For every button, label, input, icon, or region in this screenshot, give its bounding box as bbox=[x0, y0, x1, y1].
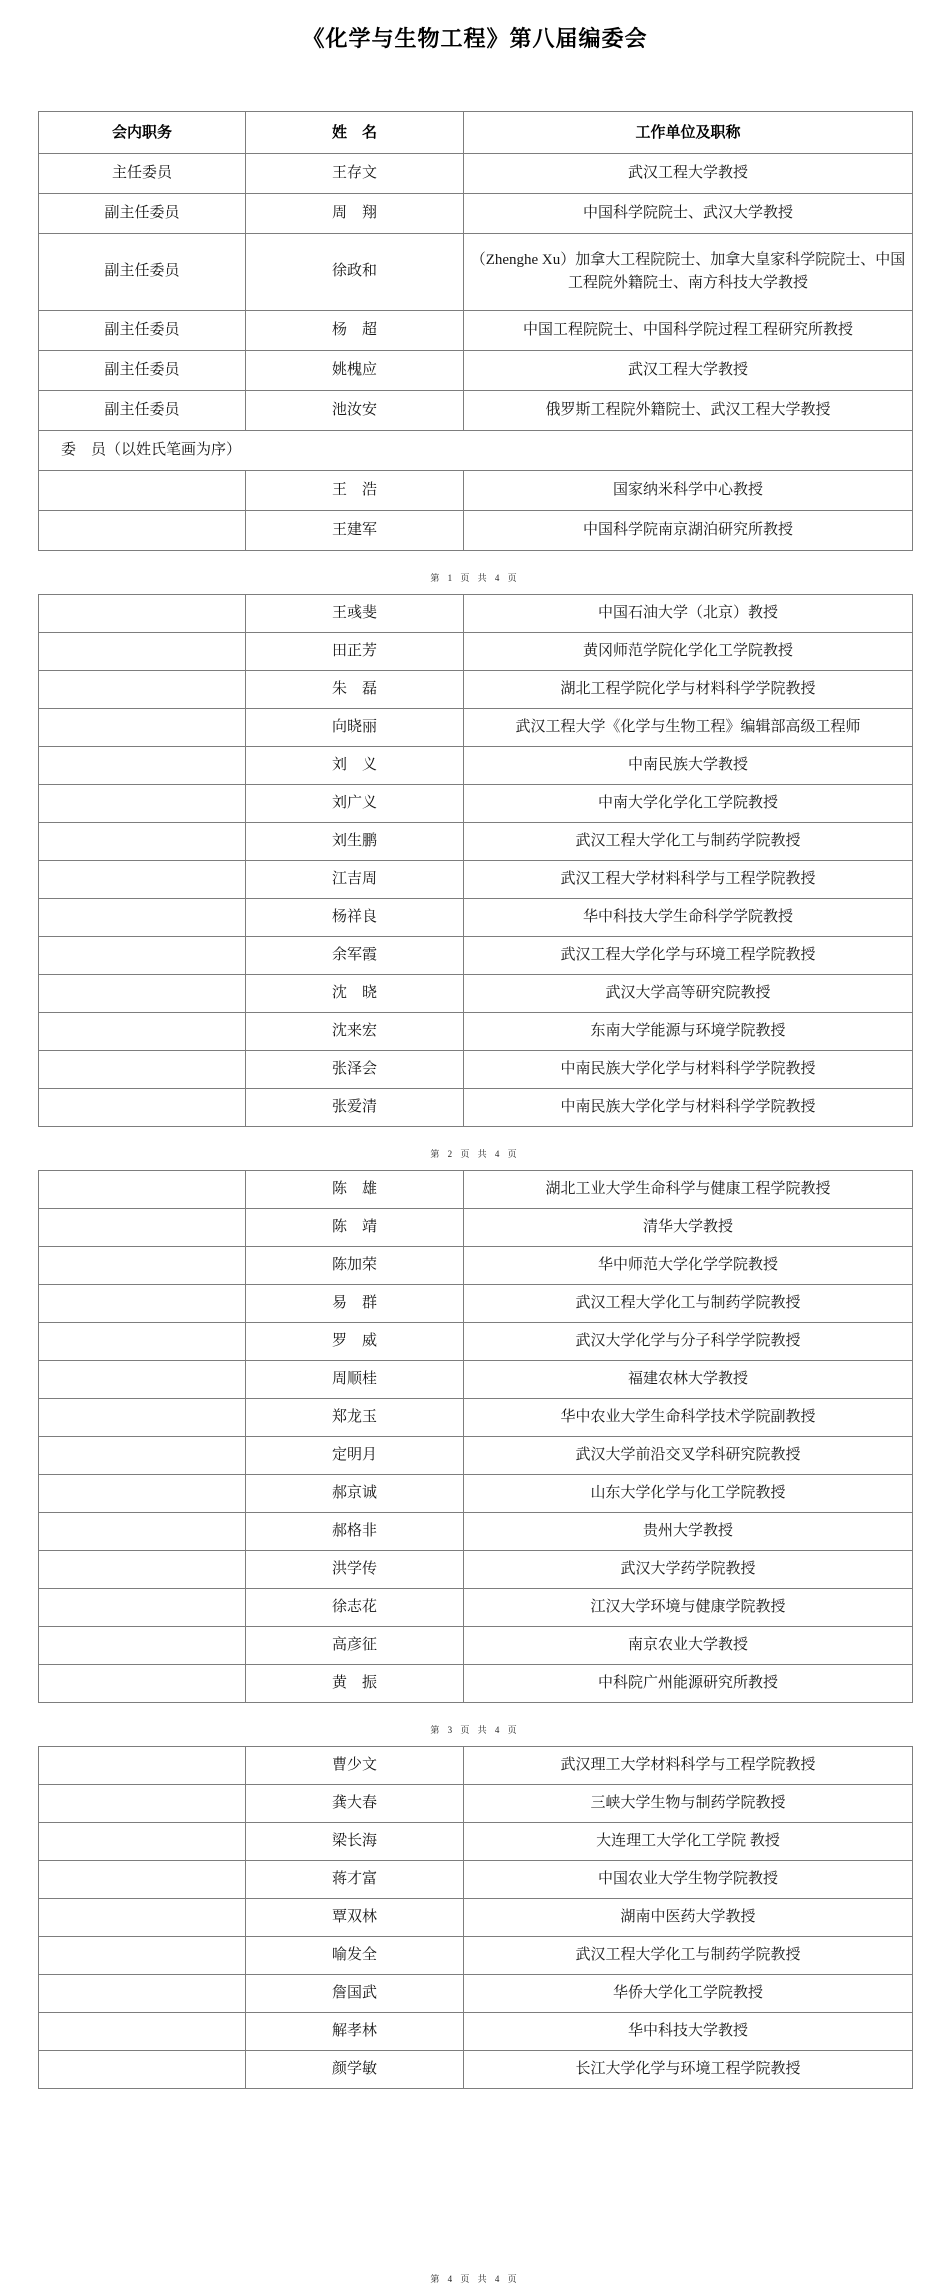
affiliation-cell: 武汉理工大学材料科学与工程学院教授 bbox=[464, 1747, 913, 1785]
name-cell: 罗 威 bbox=[246, 1323, 464, 1361]
name-cell: 姚槐应 bbox=[246, 351, 464, 391]
table-row: 郝格非贵州大学教授 bbox=[39, 1513, 913, 1551]
role-cell bbox=[39, 1937, 246, 1975]
table-row: 刘 义中南民族大学教授 bbox=[39, 747, 913, 785]
name-cell: 杨祥良 bbox=[246, 899, 464, 937]
name-cell: 蒋才富 bbox=[246, 1861, 464, 1899]
table-row: 副主任委员徐政和（Zhenghe Xu）加拿大工程院院士、加拿大皇家科学院院士、… bbox=[39, 234, 913, 311]
affiliation-cell: 东南大学能源与环境学院教授 bbox=[464, 1013, 913, 1051]
committee-table-page-4: 曹少文武汉理工大学材料科学与工程学院教授龚大春三峡大学生物与制药学院教授梁长海大… bbox=[38, 1746, 913, 2089]
affiliation-cell: 武汉工程大学化学与环境工程学院教授 bbox=[464, 937, 913, 975]
affiliation-cell: 三峡大学生物与制药学院教授 bbox=[464, 1785, 913, 1823]
page-footer: 第 2 页 共 4 页 bbox=[0, 1147, 950, 1160]
role-cell bbox=[39, 1171, 246, 1209]
role-cell bbox=[39, 1247, 246, 1285]
table-row: 曹少文武汉理工大学材料科学与工程学院教授 bbox=[39, 1747, 913, 1785]
affiliation-cell: 武汉大学高等研究院教授 bbox=[464, 975, 913, 1013]
role-cell bbox=[39, 899, 246, 937]
table-row: 颜学敏长江大学化学与环境工程学院教授 bbox=[39, 2051, 913, 2089]
affiliation-cell: 山东大学化学与化工学院教授 bbox=[464, 1475, 913, 1513]
affiliation-cell: 俄罗斯工程院外籍院士、武汉工程大学教授 bbox=[464, 391, 913, 431]
role-cell bbox=[39, 1785, 246, 1823]
table-row: 主任委员王存文武汉工程大学教授 bbox=[39, 154, 913, 194]
table-row: 郝京诚山东大学化学与化工学院教授 bbox=[39, 1475, 913, 1513]
name-cell: 余军霞 bbox=[246, 937, 464, 975]
affiliation-cell: 南京农业大学教授 bbox=[464, 1627, 913, 1665]
name-cell: 黄 振 bbox=[246, 1665, 464, 1703]
table-row: 王建军中国科学院南京湖泊研究所教授 bbox=[39, 511, 913, 551]
table-row: 周顺桂福建农林大学教授 bbox=[39, 1361, 913, 1399]
affiliation-cell: 武汉大学化学与分子科学学院教授 bbox=[464, 1323, 913, 1361]
table-row: 郑龙玉华中农业大学生命科学技术学院副教授 bbox=[39, 1399, 913, 1437]
role-cell bbox=[39, 671, 246, 709]
role-cell bbox=[39, 471, 246, 511]
name-cell: 曹少文 bbox=[246, 1747, 464, 1785]
table-row: 解孝林华中科技大学教授 bbox=[39, 2013, 913, 2051]
name-cell: 詹国武 bbox=[246, 1975, 464, 2013]
affiliation-cell: 中国工程院院士、中国科学院过程工程研究所教授 bbox=[464, 311, 913, 351]
table-row: 委 员（以姓氏笔画为序） bbox=[39, 431, 913, 471]
section-label-cell: 委 员（以姓氏笔画为序） bbox=[39, 431, 913, 471]
name-cell: 郝格非 bbox=[246, 1513, 464, 1551]
name-cell: 王 浩 bbox=[246, 471, 464, 511]
table-row: 张泽会中南民族大学化学与材料科学学院教授 bbox=[39, 1051, 913, 1089]
affiliation-cell: （Zhenghe Xu）加拿大工程院院士、加拿大皇家科学院院士、中国工程院外籍院… bbox=[464, 234, 913, 311]
affiliation-cell: 清华大学教授 bbox=[464, 1209, 913, 1247]
table-row: 张爱清中南民族大学化学与材料科学学院教授 bbox=[39, 1089, 913, 1127]
role-cell bbox=[39, 1089, 246, 1127]
affiliation-cell: 武汉工程大学《化学与生物工程》编辑部高级工程师 bbox=[464, 709, 913, 747]
committee-table-page-1: 会内职务姓 名工作单位及职称主任委员王存文武汉工程大学教授副主任委员周 翔中国科… bbox=[38, 111, 913, 551]
table-row: 沈 晓武汉大学高等研究院教授 bbox=[39, 975, 913, 1013]
name-cell: 高彦征 bbox=[246, 1627, 464, 1665]
table-row: 朱 磊湖北工程学院化学与材料科学学院教授 bbox=[39, 671, 913, 709]
role-cell: 副主任委员 bbox=[39, 351, 246, 391]
role-cell bbox=[39, 1551, 246, 1589]
name-cell: 颜学敏 bbox=[246, 2051, 464, 2089]
name-cell: 龚大春 bbox=[246, 1785, 464, 1823]
affiliation-cell: 武汉工程大学化工与制药学院教授 bbox=[464, 823, 913, 861]
table-row: 徐志花江汉大学环境与健康学院教授 bbox=[39, 1589, 913, 1627]
affiliation-cell: 华中师范大学化学学院教授 bbox=[464, 1247, 913, 1285]
affiliation-cell: 中科院广州能源研究所教授 bbox=[464, 1665, 913, 1703]
affiliation-cell: 黄冈师范学院化学化工学院教授 bbox=[464, 633, 913, 671]
role-cell: 副主任委员 bbox=[39, 391, 246, 431]
table-row: 向晓丽武汉工程大学《化学与生物工程》编辑部高级工程师 bbox=[39, 709, 913, 747]
name-cell: 王建军 bbox=[246, 511, 464, 551]
table-row: 沈来宏东南大学能源与环境学院教授 bbox=[39, 1013, 913, 1051]
name-cell: 解孝林 bbox=[246, 2013, 464, 2051]
role-cell bbox=[39, 975, 246, 1013]
role-cell bbox=[39, 1285, 246, 1323]
role-cell bbox=[39, 1013, 246, 1051]
affiliation-cell: 武汉工程大学材料科学与工程学院教授 bbox=[464, 861, 913, 899]
table-row: 田正芳黄冈师范学院化学化工学院教授 bbox=[39, 633, 913, 671]
header-row: 会内职务姓 名工作单位及职称 bbox=[39, 112, 913, 154]
affiliation-cell: 武汉大学药学院教授 bbox=[464, 1551, 913, 1589]
name-cell: 陈 靖 bbox=[246, 1209, 464, 1247]
affiliation-cell: 华中科技大学生命科学学院教授 bbox=[464, 899, 913, 937]
name-cell: 江吉周 bbox=[246, 861, 464, 899]
name-cell: 张爱清 bbox=[246, 1089, 464, 1127]
affiliation-cell: 大连理工大学化工学院 教授 bbox=[464, 1823, 913, 1861]
name-cell: 易 群 bbox=[246, 1285, 464, 1323]
table-row: 刘生鹏武汉工程大学化工与制药学院教授 bbox=[39, 823, 913, 861]
role-cell bbox=[39, 1437, 246, 1475]
affiliation-cell: 中南民族大学化学与材料科学学院教授 bbox=[464, 1089, 913, 1127]
role-cell bbox=[39, 595, 246, 633]
role-cell: 副主任委员 bbox=[39, 311, 246, 351]
role-cell bbox=[39, 1823, 246, 1861]
table-row: 高彦征南京农业大学教授 bbox=[39, 1627, 913, 1665]
page-3: 陈 雄湖北工业大学生命科学与健康工程学院教授陈 靖清华大学教授陈加荣华中师范大学… bbox=[0, 1170, 950, 1736]
affiliation-cell: 湖南中医药大学教授 bbox=[464, 1899, 913, 1937]
affiliation-cell: 中南民族大学教授 bbox=[464, 747, 913, 785]
table-row: 喻发全武汉工程大学化工与制药学院教授 bbox=[39, 1937, 913, 1975]
role-cell bbox=[39, 1665, 246, 1703]
role-cell bbox=[39, 785, 246, 823]
name-cell: 刘广义 bbox=[246, 785, 464, 823]
name-cell: 梁长海 bbox=[246, 1823, 464, 1861]
name-cell: 洪学传 bbox=[246, 1551, 464, 1589]
affiliation-cell: 中国科学院南京湖泊研究所教授 bbox=[464, 511, 913, 551]
table-row: 覃双林湖南中医药大学教授 bbox=[39, 1899, 913, 1937]
page-2: 王彧斐中国石油大学（北京）教授田正芳黄冈师范学院化学化工学院教授朱 磊湖北工程学… bbox=[0, 594, 950, 1160]
table-row: 蒋才富中国农业大学生物学院教授 bbox=[39, 1861, 913, 1899]
affiliation-cell: 福建农林大学教授 bbox=[464, 1361, 913, 1399]
column-header: 姓 名 bbox=[246, 112, 464, 154]
role-cell bbox=[39, 1475, 246, 1513]
table-row: 陈加荣华中师范大学化学学院教授 bbox=[39, 1247, 913, 1285]
table-row: 黄 振中科院广州能源研究所教授 bbox=[39, 1665, 913, 1703]
name-cell: 郑龙玉 bbox=[246, 1399, 464, 1437]
column-header: 工作单位及职称 bbox=[464, 112, 913, 154]
affiliation-cell: 国家纳米科学中心教授 bbox=[464, 471, 913, 511]
name-cell: 朱 磊 bbox=[246, 671, 464, 709]
name-cell: 覃双林 bbox=[246, 1899, 464, 1937]
name-cell: 刘生鹏 bbox=[246, 823, 464, 861]
name-cell: 张泽会 bbox=[246, 1051, 464, 1089]
column-header: 会内职务 bbox=[39, 112, 246, 154]
affiliation-cell: 中南民族大学化学与材料科学学院教授 bbox=[464, 1051, 913, 1089]
role-cell bbox=[39, 1361, 246, 1399]
role-cell bbox=[39, 709, 246, 747]
role-cell bbox=[39, 1899, 246, 1937]
role-cell bbox=[39, 861, 246, 899]
affiliation-cell: 武汉工程大学化工与制药学院教授 bbox=[464, 1937, 913, 1975]
name-cell: 王存文 bbox=[246, 154, 464, 194]
name-cell: 喻发全 bbox=[246, 1937, 464, 1975]
role-cell bbox=[39, 937, 246, 975]
affiliation-cell: 华中科技大学教授 bbox=[464, 2013, 913, 2051]
role-cell bbox=[39, 747, 246, 785]
affiliation-cell: 武汉工程大学教授 bbox=[464, 351, 913, 391]
role-cell: 副主任委员 bbox=[39, 234, 246, 311]
table-row: 副主任委员姚槐应武汉工程大学教授 bbox=[39, 351, 913, 391]
role-cell bbox=[39, 1513, 246, 1551]
affiliation-cell: 中国石油大学（北京）教授 bbox=[464, 595, 913, 633]
name-cell: 周 翔 bbox=[246, 194, 464, 234]
table-row: 副主任委员池汝安俄罗斯工程院外籍院士、武汉工程大学教授 bbox=[39, 391, 913, 431]
name-cell: 池汝安 bbox=[246, 391, 464, 431]
role-cell bbox=[39, 1627, 246, 1665]
page-4: 曹少文武汉理工大学材料科学与工程学院教授龚大春三峡大学生物与制药学院教授梁长海大… bbox=[0, 1746, 950, 2285]
page-footer: 第 1 页 共 4 页 bbox=[0, 571, 950, 584]
table-row: 副主任委员杨 超中国工程院院士、中国科学院过程工程研究所教授 bbox=[39, 311, 913, 351]
table-row: 刘广义中南大学化学化工学院教授 bbox=[39, 785, 913, 823]
affiliation-cell: 湖北工程学院化学与材料科学学院教授 bbox=[464, 671, 913, 709]
table-row: 王彧斐中国石油大学（北京）教授 bbox=[39, 595, 913, 633]
table-row: 江吉周武汉工程大学材料科学与工程学院教授 bbox=[39, 861, 913, 899]
table-row: 余军霞武汉工程大学化学与环境工程学院教授 bbox=[39, 937, 913, 975]
table-row: 梁长海大连理工大学化工学院 教授 bbox=[39, 1823, 913, 1861]
name-cell: 田正芳 bbox=[246, 633, 464, 671]
table-row: 洪学传武汉大学药学院教授 bbox=[39, 1551, 913, 1589]
affiliation-cell: 湖北工业大学生命科学与健康工程学院教授 bbox=[464, 1171, 913, 1209]
page-footer: 第 4 页 共 4 页 bbox=[0, 2272, 950, 2285]
affiliation-cell: 华侨大学化工学院教授 bbox=[464, 1975, 913, 2013]
table-row: 副主任委员周 翔中国科学院院士、武汉大学教授 bbox=[39, 194, 913, 234]
affiliation-cell: 中国科学院院士、武汉大学教授 bbox=[464, 194, 913, 234]
role-cell bbox=[39, 2051, 246, 2089]
affiliation-cell: 武汉工程大学化工与制药学院教授 bbox=[464, 1285, 913, 1323]
name-cell: 王彧斐 bbox=[246, 595, 464, 633]
name-cell: 向晓丽 bbox=[246, 709, 464, 747]
role-cell bbox=[39, 1399, 246, 1437]
table-row: 詹国武华侨大学化工学院教授 bbox=[39, 1975, 913, 2013]
affiliation-cell: 华中农业大学生命科学技术学院副教授 bbox=[464, 1399, 913, 1437]
name-cell: 郝京诚 bbox=[246, 1475, 464, 1513]
name-cell: 沈来宏 bbox=[246, 1013, 464, 1051]
document-title: 《化学与生物工程》第八届编委会 bbox=[0, 22, 950, 53]
affiliation-cell: 中南大学化学化工学院教授 bbox=[464, 785, 913, 823]
name-cell: 定明月 bbox=[246, 1437, 464, 1475]
table-row: 王 浩国家纳米科学中心教授 bbox=[39, 471, 913, 511]
table-row: 陈 靖清华大学教授 bbox=[39, 1209, 913, 1247]
role-cell bbox=[39, 1975, 246, 2013]
page-footer: 第 3 页 共 4 页 bbox=[0, 1723, 950, 1736]
role-cell bbox=[39, 633, 246, 671]
role-cell bbox=[39, 823, 246, 861]
role-cell bbox=[39, 1051, 246, 1089]
affiliation-cell: 武汉大学前沿交叉学科研究院教授 bbox=[464, 1437, 913, 1475]
table-row: 罗 威武汉大学化学与分子科学学院教授 bbox=[39, 1323, 913, 1361]
role-cell bbox=[39, 1589, 246, 1627]
role-cell bbox=[39, 1209, 246, 1247]
name-cell: 刘 义 bbox=[246, 747, 464, 785]
affiliation-cell: 长江大学化学与环境工程学院教授 bbox=[464, 2051, 913, 2089]
name-cell: 陈 雄 bbox=[246, 1171, 464, 1209]
committee-table-page-3: 陈 雄湖北工业大学生命科学与健康工程学院教授陈 靖清华大学教授陈加荣华中师范大学… bbox=[38, 1170, 913, 1703]
table-row: 杨祥良华中科技大学生命科学学院教授 bbox=[39, 899, 913, 937]
affiliation-cell: 江汉大学环境与健康学院教授 bbox=[464, 1589, 913, 1627]
affiliation-cell: 武汉工程大学教授 bbox=[464, 154, 913, 194]
name-cell: 徐志花 bbox=[246, 1589, 464, 1627]
role-cell bbox=[39, 511, 246, 551]
table-row: 定明月武汉大学前沿交叉学科研究院教授 bbox=[39, 1437, 913, 1475]
role-cell: 副主任委员 bbox=[39, 194, 246, 234]
role-cell bbox=[39, 1323, 246, 1361]
table-row: 陈 雄湖北工业大学生命科学与健康工程学院教授 bbox=[39, 1171, 913, 1209]
affiliation-cell: 贵州大学教授 bbox=[464, 1513, 913, 1551]
name-cell: 周顺桂 bbox=[246, 1361, 464, 1399]
name-cell: 杨 超 bbox=[246, 311, 464, 351]
role-cell bbox=[39, 1747, 246, 1785]
role-cell: 主任委员 bbox=[39, 154, 246, 194]
role-cell bbox=[39, 1861, 246, 1899]
table-row: 龚大春三峡大学生物与制药学院教授 bbox=[39, 1785, 913, 1823]
name-cell: 陈加荣 bbox=[246, 1247, 464, 1285]
name-cell: 沈 晓 bbox=[246, 975, 464, 1013]
committee-table-page-2: 王彧斐中国石油大学（北京）教授田正芳黄冈师范学院化学化工学院教授朱 磊湖北工程学… bbox=[38, 594, 913, 1127]
table-row: 易 群武汉工程大学化工与制药学院教授 bbox=[39, 1285, 913, 1323]
page-1: 会内职务姓 名工作单位及职称主任委员王存文武汉工程大学教授副主任委员周 翔中国科… bbox=[0, 111, 950, 584]
role-cell bbox=[39, 2013, 246, 2051]
affiliation-cell: 中国农业大学生物学院教授 bbox=[464, 1861, 913, 1899]
document: 《化学与生物工程》第八届编委会 会内职务姓 名工作单位及职称主任委员王存文武汉工… bbox=[0, 22, 950, 2285]
name-cell: 徐政和 bbox=[246, 234, 464, 311]
